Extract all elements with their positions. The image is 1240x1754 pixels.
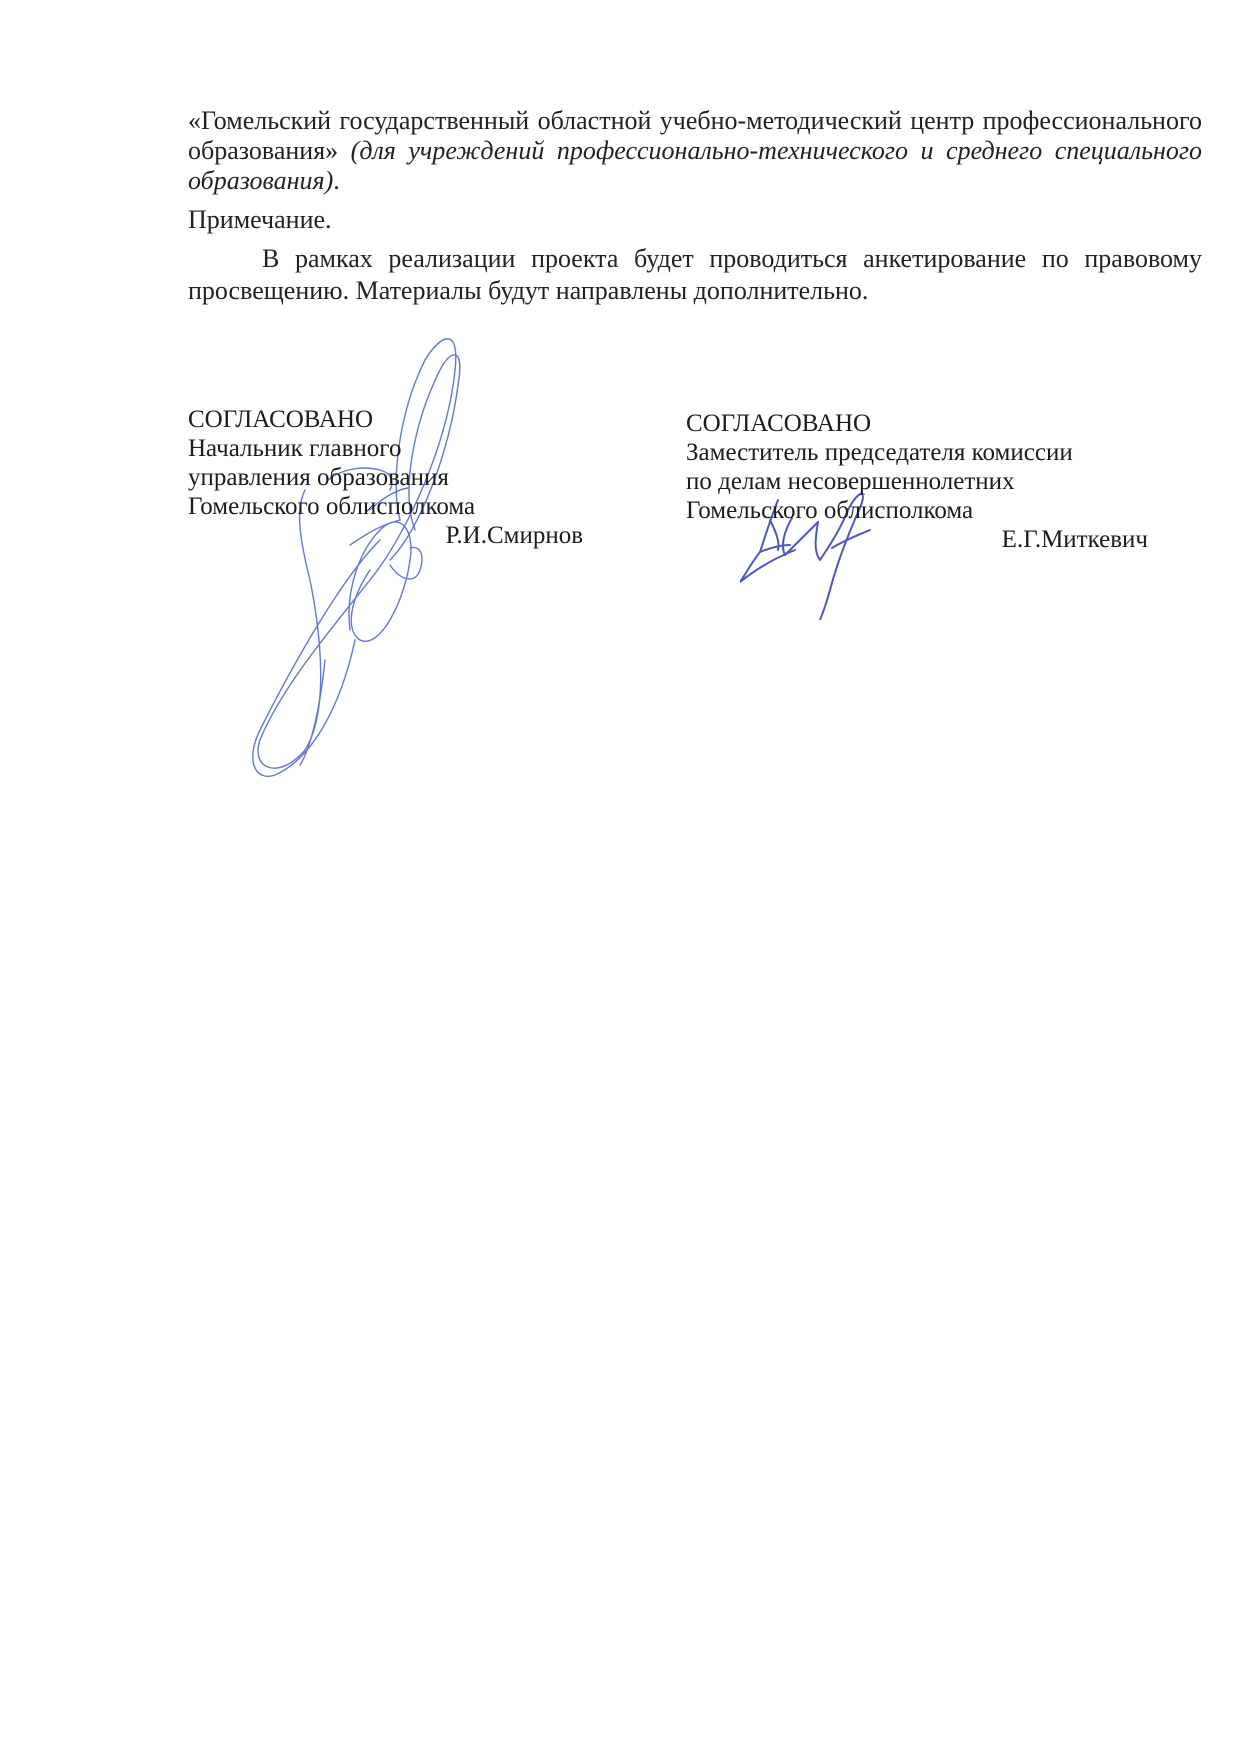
approval-position-line: управления образования bbox=[188, 463, 583, 492]
approval-heading: СОГЛАСОВАНО bbox=[188, 405, 583, 434]
approval-heading: СОГЛАСОВАНО bbox=[686, 409, 1148, 438]
signature-smirnov-icon bbox=[250, 330, 500, 780]
intro-paragraph: «Гомельский государственный областной уч… bbox=[188, 106, 1202, 196]
approval-signatory-name: Е.Г.Миткевич bbox=[686, 525, 1148, 554]
note-label: Примечание. bbox=[188, 205, 332, 235]
approval-position-line: по делам несовершеннолетних bbox=[686, 467, 1148, 496]
document-page: «Гомельский государственный областной уч… bbox=[0, 0, 1240, 1754]
note-body: В рамках реализации проекта будет провод… bbox=[188, 243, 1202, 307]
approval-signatory-name: Р.И.Смирнов bbox=[188, 521, 583, 550]
approval-position-line: Заместитель председателя комиссии bbox=[686, 438, 1148, 467]
approval-position-line: Начальник главного bbox=[188, 434, 583, 463]
approval-block-left: СОГЛАСОВАНО Начальник главного управлени… bbox=[188, 405, 583, 550]
approval-block-right: СОГЛАСОВАНО Заместитель председателя ком… bbox=[686, 409, 1148, 554]
approval-position-line: Гомельского облисполкома bbox=[686, 496, 1148, 525]
intro-tail: . bbox=[333, 166, 340, 195]
approval-position-line: Гомельского облисполкома bbox=[188, 492, 583, 521]
